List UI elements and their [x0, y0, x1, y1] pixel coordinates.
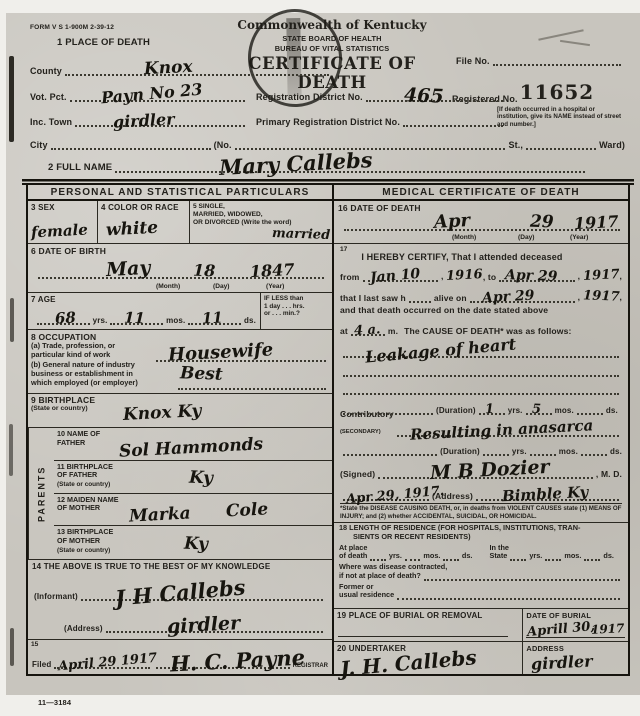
last-saw-label: that I last saw h — [340, 293, 406, 303]
birth-month-value: May — [106, 259, 151, 280]
signed-line: (Signed) M B Dozier , M. D. — [340, 458, 622, 479]
date-of-death-row: 16 DATE OF DEATH Apr 29 1917 (Month) (Da… — [334, 201, 628, 244]
file-no-label: File No. — [456, 56, 490, 66]
birth-year-value: 1847 — [250, 262, 295, 280]
mos-label: mos. — [555, 406, 574, 415]
mother-birthplace-field: 13 BIRTHPLACEOF MOTHER(State or country)… — [54, 526, 332, 559]
dotted-line: girdler — [106, 629, 323, 633]
registrar-signature: H. C. Payne — [169, 646, 305, 674]
at-label: at — [340, 326, 348, 336]
dotted-line: 4 a. — [351, 332, 385, 336]
stamp-smear — [286, 18, 301, 96]
burial-row: 19 PLACE OF BURIAL OR REMOVAL DATE OF BU… — [334, 609, 628, 642]
county-value: Knox — [144, 59, 193, 79]
birth-day-value: 18 — [193, 263, 216, 280]
cause-footnote: *State the DISEASE CAUSING DEATH, or, in… — [340, 503, 622, 520]
death-certificate-scan: FORM V S 1-900M 2-39-12 1 PLACE OF DEATH… — [0, 0, 640, 716]
mother-name-field: 12 MAIDEN NAMEOF MOTHER Marka Cole — [54, 494, 332, 527]
inc-town-value: girdler — [112, 111, 174, 130]
undertaker-row: 20 UNDERTAKER J. H. Callebs ADDRESS gird… — [334, 642, 628, 674]
age-months-value: 11 — [123, 311, 144, 327]
usual-residence-line: usual residence — [339, 591, 623, 600]
dotted-line — [483, 452, 509, 456]
informant-label: (Informant) — [34, 592, 78, 601]
city-ward-label: Ward) — [599, 140, 625, 150]
burial-place-label: 19 PLACE OF BURIAL OR REMOVAL — [337, 611, 519, 620]
attended-from-line: from Jan 10 , 1916 , to Apr 29 , 1917, — [340, 264, 622, 282]
binding-mark — [9, 56, 14, 142]
dotted-line: Knox — [65, 72, 329, 76]
county-label: County — [30, 66, 62, 76]
signed-date-line: Apr 29, 1917. (Address) Bimble Ky — [340, 482, 622, 501]
plate-number: 11—3184 — [38, 698, 71, 707]
residence-title: 18 LENGTH OF RESIDENCE (FOR HOSPITALS, I… — [339, 524, 623, 542]
from-year: , 1916 — [441, 269, 483, 282]
informant-address-value: girdler — [166, 614, 240, 637]
blank-rule — [338, 636, 508, 637]
dotted-line — [156, 360, 326, 362]
dotted-line: Apr 29, 1917. — [343, 497, 429, 501]
filed-date-value: April 29 1917 — [58, 652, 158, 674]
informant-address-field: (Address) girdler — [64, 624, 326, 633]
cause-label: The CAUSE OF DEATH* was as follows: — [404, 326, 571, 336]
ds-label: ds. — [606, 406, 618, 415]
attended-to-value: Apr 29 — [505, 269, 558, 285]
burial-year-value: 1917 — [590, 622, 624, 636]
dotted-line: 11 — [110, 321, 163, 325]
occurred-line: and that death occurred on the date stat… — [340, 305, 622, 318]
dotted-line: Apr 29 — [470, 299, 575, 303]
day-caption: (Day) — [518, 234, 535, 241]
dotted-line: Leakage of heart — [343, 354, 619, 358]
dotted-line — [343, 411, 433, 415]
certify-text: I HEREBY CERTIFY, That I attended deceas… — [361, 252, 562, 262]
occupation-a-label: (a) Trade, profession, or particular kin… — [31, 342, 181, 360]
dotted-line — [581, 452, 607, 456]
city-no-label: (No. — [214, 140, 232, 150]
birthplace-row: 9 BIRTHPLACE (State or country) Knox Ky — [28, 394, 332, 428]
certify-heading: 17 I HEREBY CERTIFY, That I attended dec… — [340, 246, 622, 262]
death-year-value: 1917 — [574, 214, 619, 232]
signed-label: (Signed) — [340, 469, 375, 479]
burial-date-label: DATE OF BURIAL — [526, 611, 625, 620]
in-state-group: In the Stateyrs.mos.ds. — [490, 544, 624, 562]
dotted-line: Jan 10 — [363, 278, 438, 282]
race-label: 4 COLOR OR RACE — [101, 203, 186, 212]
dotted-line — [409, 299, 431, 303]
sex-label: 3 SEX — [31, 203, 94, 212]
dotted-line: 465 — [366, 98, 503, 102]
mother-birthplace-value: Ky — [184, 536, 208, 554]
dotted-line: girdler — [75, 123, 245, 127]
city-label: City — [30, 140, 48, 150]
blank-line — [340, 379, 622, 395]
cause-duration-years: 1 — [485, 403, 495, 416]
binding-mark — [9, 424, 13, 476]
dotted-line: 68 — [37, 321, 90, 325]
year-caption: (Year) — [266, 283, 284, 290]
at-place-durations: of deathyrs.mos.ds. — [339, 552, 472, 561]
dotted-line — [343, 373, 619, 377]
informant-address-label: (Address) — [64, 624, 103, 633]
residence-grid: At place of deathyrs.mos.ds. In the Stat… — [339, 544, 623, 562]
full-name-field: 2 FULL NAME Mary Callebs — [48, 162, 588, 173]
father-birthplace-value: Ky — [189, 469, 213, 487]
death-hour-value: 4 a. — [353, 323, 380, 337]
form-body: PERSONAL AND STATISTICAL PARTICULARS 3 S… — [26, 185, 630, 676]
registration-district-label: Registration District No. — [256, 92, 363, 102]
certification-block: 17 I HEREBY CERTIFY, That I attended dec… — [334, 244, 628, 523]
burial-place-field: 19 PLACE OF BURIAL OR REMOVAL — [334, 609, 522, 641]
age-field: 7 AGE 68 yrs. 11 mos. 11 ds. — [28, 293, 260, 329]
day-caption: (Day) — [213, 283, 230, 290]
dotted-line — [51, 146, 211, 150]
dotted-line: Mary Callebs — [115, 169, 585, 173]
blank-rule — [526, 637, 625, 638]
month-caption: (Month) — [156, 283, 180, 290]
age-label: 7 AGE — [31, 295, 257, 304]
informant-row: 14 THE ABOVE IS TRUE TO THE BEST OF MY K… — [28, 560, 332, 640]
registered-number: 11652 — [520, 80, 595, 104]
yrs-label: yrs. — [93, 316, 108, 325]
at-place-group: At place of deathyrs.mos.ds. — [339, 544, 472, 562]
age-values: 68 yrs. 11 mos. 11 ds. — [34, 316, 256, 325]
undertaker-address-field: ADDRESS girdler — [522, 642, 628, 674]
mother-name-value: Marka Cole — [129, 502, 269, 526]
age-less-note: IF LESS than 1 day . . . hrs. or . . . m… — [260, 293, 332, 329]
informant-field: (Informant) J H Callebs — [34, 592, 326, 601]
binding-mark — [10, 298, 14, 342]
informant-value: J H Callebs — [114, 576, 246, 608]
dotted-line — [343, 452, 437, 456]
contributory-duration-line: (Duration) yrs. mos. ds. — [340, 440, 622, 456]
dotted-line: Resulting in anasarca — [397, 433, 619, 437]
marital-value: married — [272, 227, 331, 242]
registration-district-field: Registration District No. 465 — [256, 92, 506, 102]
undertaker-field: 20 UNDERTAKER J. H. Callebs — [334, 642, 522, 674]
place-of-death-heading: 1 PLACE OF DEATH — [57, 37, 150, 48]
occupation-b-label: (b) General nature of industry business … — [31, 361, 191, 388]
in-state-durations: Stateyrs.mos.ds. — [490, 552, 624, 561]
primary-district-label: Primary Registration District No. — [256, 117, 400, 127]
age-row: 7 AGE 68 yrs. 11 mos. 11 ds. IF LESS tha… — [28, 293, 332, 330]
marital-label: 5 SINGLE, MARRIED, WIDOWED, OR DIVORCED … — [193, 203, 329, 227]
mos-label: mos. — [166, 316, 185, 325]
registration-district-value: 465 — [404, 86, 444, 106]
month-caption: (Month) — [452, 234, 476, 241]
dotted-line: Payn No 23 — [70, 98, 245, 102]
primary-district-field: Primary Registration District No. — [256, 117, 506, 127]
county-field: County Knox — [30, 66, 332, 76]
dotted-line: M B Dozier — [378, 475, 593, 479]
medical-section-title: MEDICAL CERTIFICATE OF DEATH — [334, 185, 628, 201]
date-of-birth-row: 6 DATE OF BIRTH May 18 1847 (Month) (Day… — [28, 244, 332, 293]
binding-mark — [10, 628, 14, 666]
father-name-field: 10 NAME OFFATHER Sol Hammonds — [54, 428, 332, 461]
sex-race-marital-row: 3 SEX female 4 COLOR OR RACE white 5 SIN… — [28, 201, 332, 244]
from-label: from — [340, 272, 360, 282]
filed-label: Filed — [32, 660, 51, 669]
dotted-line: Bimble Ky — [476, 497, 619, 501]
yrs-label: yrs. — [508, 406, 523, 415]
dotted-line — [530, 452, 556, 456]
dotted-line — [343, 391, 619, 395]
dotted-line: 1 — [479, 411, 505, 415]
marital-field: 5 SINGLE, MARRIED, WIDOWED, OR DIVORCED … — [190, 201, 332, 243]
birthplace-value: Knox Ky — [123, 403, 202, 424]
ds-label: ds. — [244, 316, 256, 325]
hour-cause-line: at 4 a. m. The CAUSE OF DEATH* was as fo… — [340, 321, 622, 336]
cause-line: Leakage of heart — [340, 338, 622, 358]
dotted-line: J H Callebs — [81, 597, 323, 601]
dotted-line: April 29 1917 — [54, 665, 150, 669]
attest-label: 14 THE ABOVE IS TRUE TO THE BEST OF MY K… — [32, 562, 328, 571]
burial-date-field: DATE OF BURIAL Aprill 30, 1917 — [522, 609, 628, 641]
death-day-value: 29 — [530, 214, 554, 232]
medical-column: MEDICAL CERTIFICATE OF DEATH 16 DATE OF … — [334, 185, 628, 674]
personal-section-title: PERSONAL AND STATISTICAL PARTICULARS — [28, 185, 332, 201]
hospital-note: [If death occurred in a hospital or inst… — [497, 106, 625, 128]
certify-number: 17 — [340, 246, 347, 253]
form-number: FORM V S 1-900M 2-39-12 — [30, 24, 114, 31]
dotted-line: 5 — [526, 411, 552, 415]
full-name-label: 2 FULL NAME — [48, 162, 112, 173]
alive-label: alive on — [434, 293, 467, 303]
age-days-value: 11 — [201, 310, 223, 326]
race-value: white — [106, 220, 159, 240]
age-years-value: 68 — [55, 310, 77, 326]
precinct-label: Vot. Pct. — [30, 92, 67, 102]
dotted-line — [178, 388, 326, 390]
year-caption: (Year) — [570, 234, 588, 241]
ds-label: ds. — [610, 447, 622, 456]
dotted-line: Apr 29 — [499, 278, 574, 282]
mos-label: mos. — [559, 447, 578, 456]
last-seen-year: , 1917, — [578, 290, 622, 303]
contributory-line: Contributory (SECONDARY) Resulting in an… — [340, 417, 622, 437]
dotted-line — [493, 62, 621, 66]
contracted-line: if not at place of death? — [339, 572, 623, 581]
birth-label: 6 DATE OF BIRTH — [28, 244, 332, 258]
duration-label: (Duration) — [436, 406, 476, 415]
personal-column: PERSONAL AND STATISTICAL PARTICULARS 3 S… — [28, 185, 334, 674]
signed-address-value: Bimble Ky — [501, 484, 588, 503]
parents-block: PARENTS 10 NAME OFFATHER Sol Hammonds 11… — [28, 428, 332, 560]
city-st-label: St., — [508, 140, 523, 150]
md-label: , M. D. — [596, 469, 622, 479]
dotted-line: 11 — [188, 321, 241, 325]
to-label: , to — [483, 272, 496, 282]
residence-row: 18 LENGTH OF RESIDENCE (FOR HOSPITALS, I… — [334, 523, 628, 609]
m-label: m. — [388, 326, 398, 336]
filed-row: 15 Filed April 29 1917 H. C. Payne REGIS… — [28, 640, 332, 674]
yrs-label: yrs. — [512, 447, 527, 456]
dotted-line: H. C. Payne — [156, 665, 289, 669]
inc-town-field: Inc. Town girdler — [30, 117, 248, 127]
father-birthplace-field: 11 BIRTHPLACEOF FATHER(State or country)… — [54, 461, 332, 494]
sex-value: female — [31, 223, 89, 241]
undertaker-address-value: girdler — [531, 653, 593, 672]
duration-label: (Duration) — [440, 447, 480, 456]
inc-town-label: Inc. Town — [30, 117, 72, 127]
death-month-value: Apr — [434, 212, 471, 232]
parents-vertical-label: PARENTS — [28, 428, 54, 559]
to-year: , 1917, — [578, 269, 622, 282]
dotted-line — [526, 146, 596, 150]
race-field: 4 COLOR OR RACE white — [98, 201, 190, 243]
last-seen-value: Apr 29 — [482, 289, 535, 306]
attended-from-value: Jan 10 — [370, 267, 421, 285]
cause-duration-months: 5 — [532, 403, 541, 416]
occupation-b-value: Best — [180, 365, 223, 383]
filed-number: 15 — [31, 641, 38, 648]
dotted-line — [403, 123, 503, 127]
filed-field: Filed April 29 1917 H. C. Payne REGISTRA… — [32, 660, 328, 669]
last-seen-line: that I last saw h alive on Apr 29 , 1917… — [340, 285, 622, 303]
parents-rows: 10 NAME OFFATHER Sol Hammonds 11 BIRTHPL… — [54, 428, 332, 559]
dotted-line — [577, 411, 603, 415]
father-name-value: Sol Hammonds — [119, 436, 264, 461]
precinct-field: Vot. Pct. Payn No 23 — [30, 92, 248, 102]
signed-value: M B Dozier — [429, 458, 549, 483]
file-no-field: File No. — [456, 56, 624, 66]
sex-field: 3 SEX female — [28, 201, 98, 243]
occupation-row: 8 OCCUPATION (a) Trade, profession, or p… — [28, 330, 332, 394]
